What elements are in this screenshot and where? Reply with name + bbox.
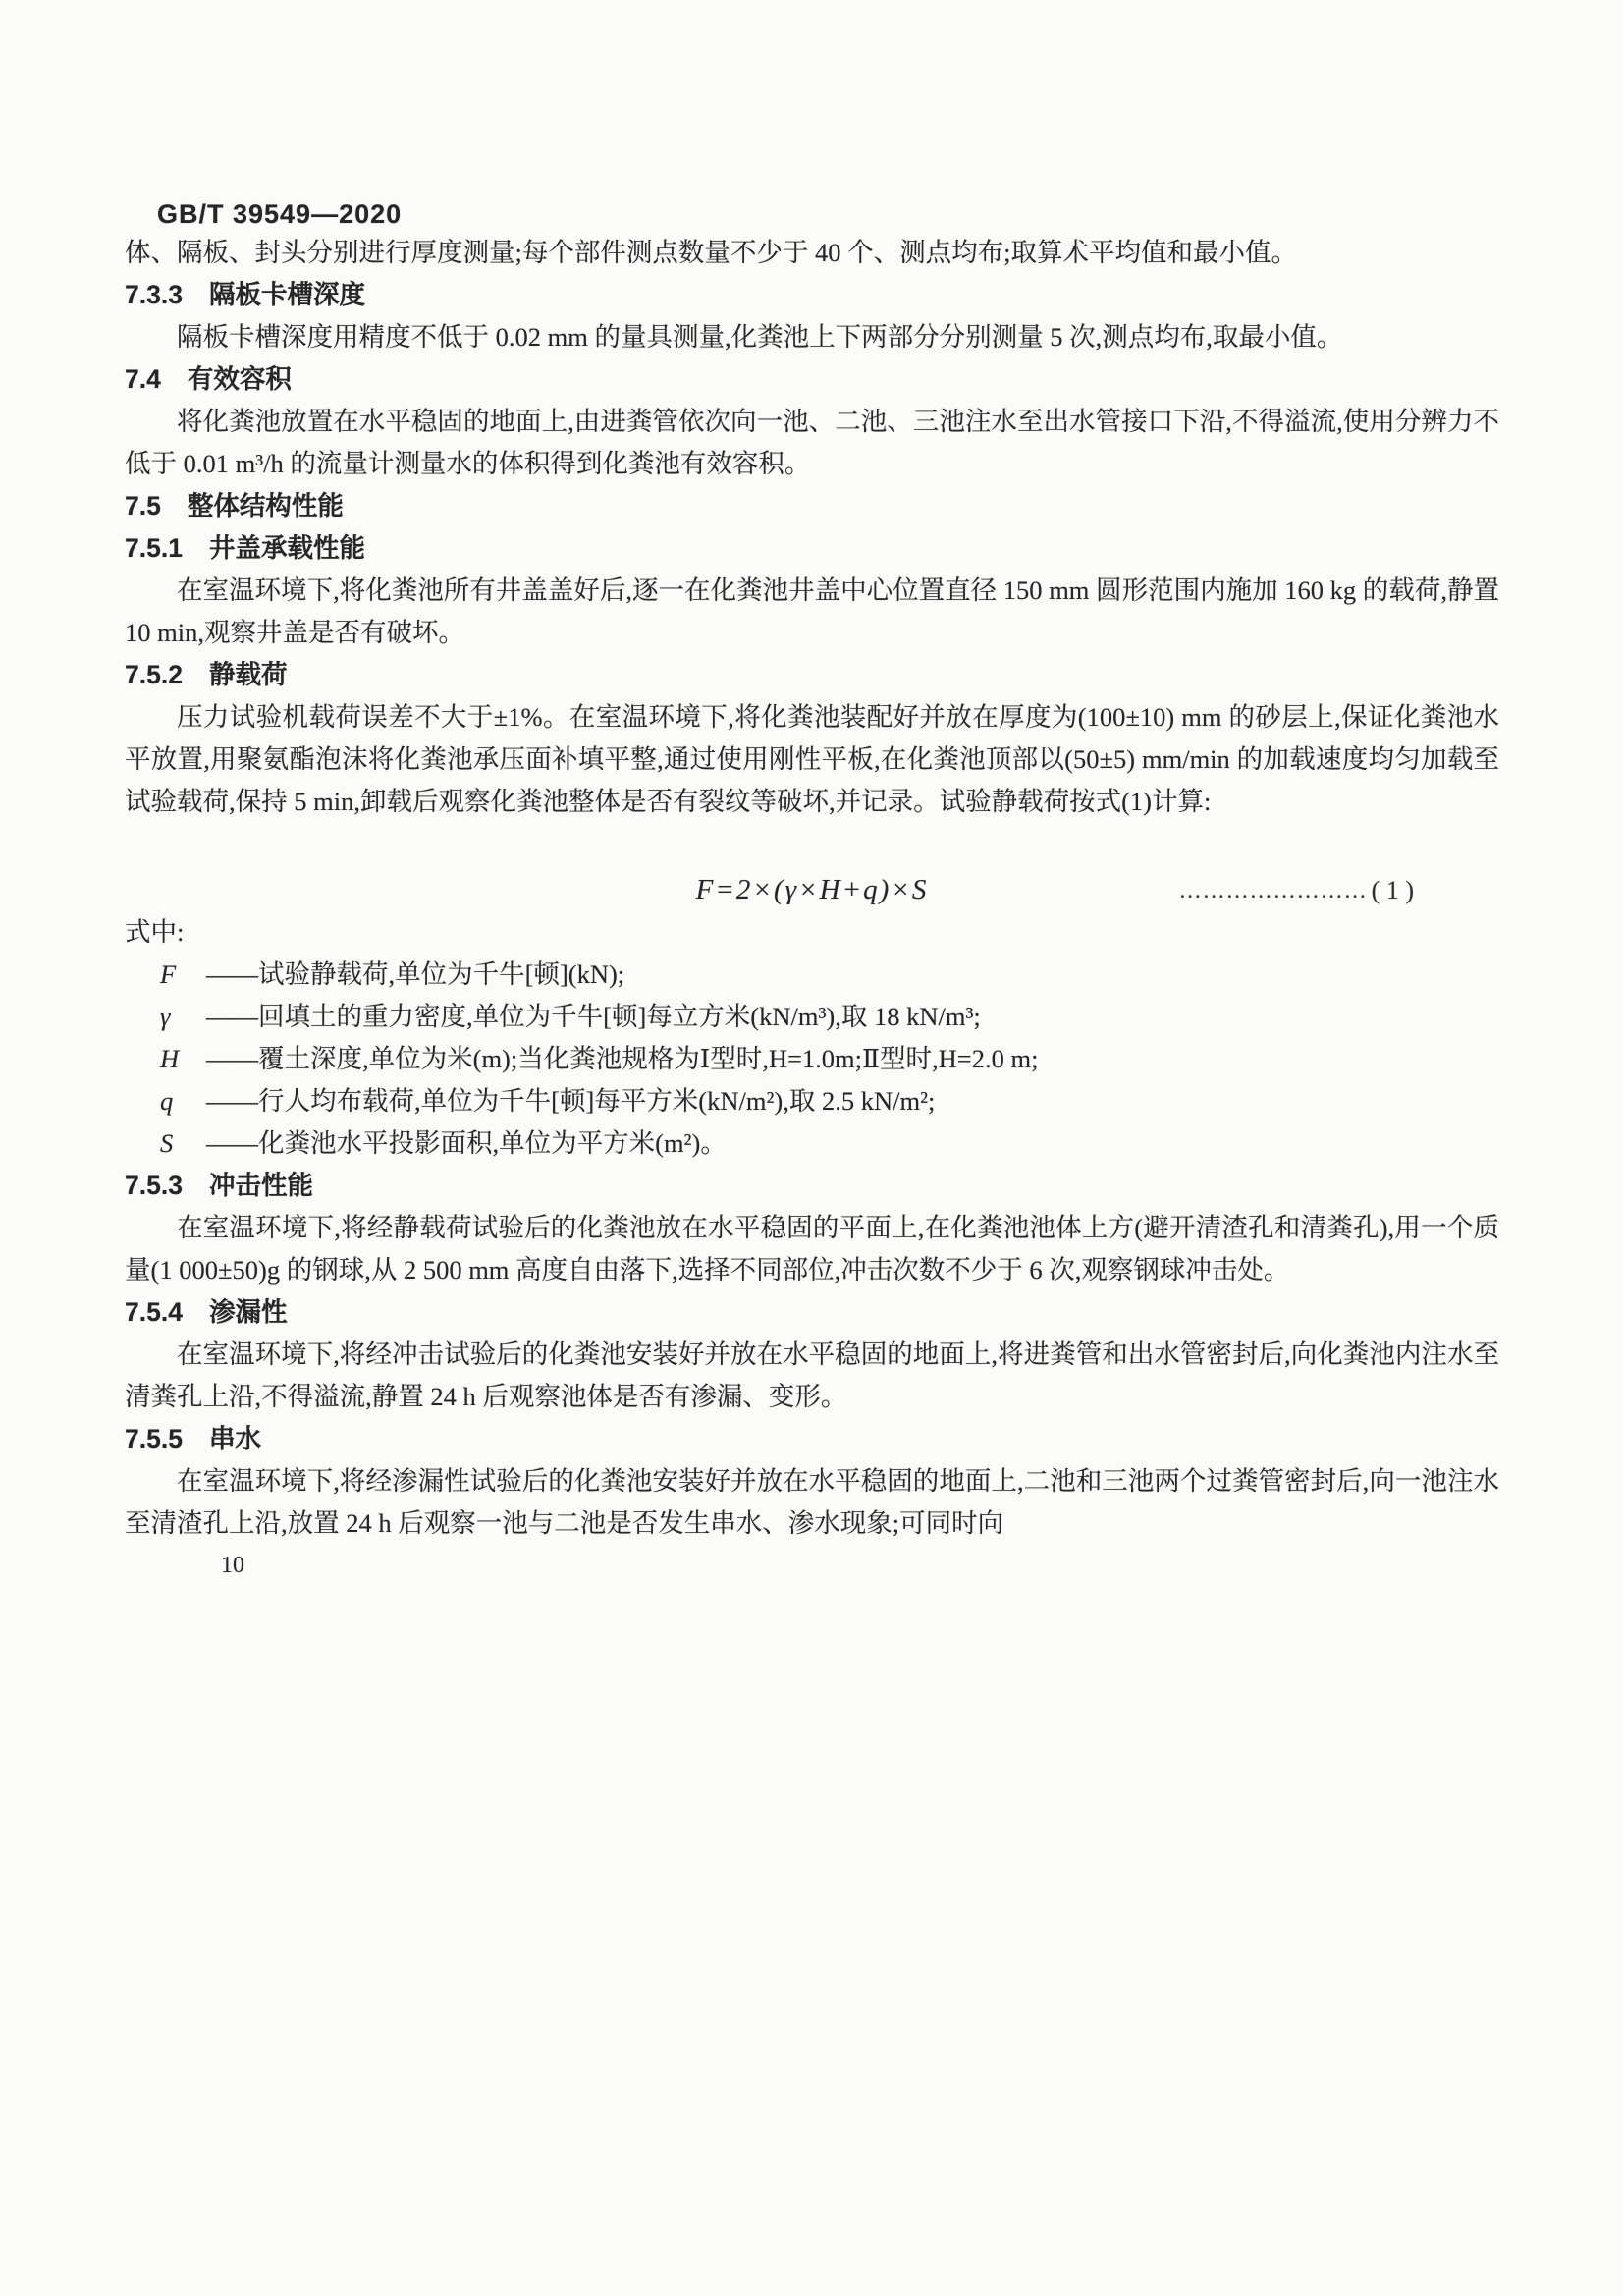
paragraph-7-4: 将化粪池放置在水平稳固的地面上,由进粪管依次向一池、二池、三池注水至出水管接口下… <box>125 401 1499 485</box>
symbol-gamma: γ <box>160 996 206 1038</box>
heading-7-3-3-title: 隔板卡槽深度 <box>209 274 365 316</box>
heading-7-5-2: 7.5.2 静载荷 <box>125 654 1499 696</box>
standard-number: GB/T 39549—2020 <box>157 196 1499 232</box>
heading-7-5-3-number: 7.5.3 <box>125 1165 183 1207</box>
heading-7-5-2-title: 静载荷 <box>209 654 288 696</box>
paragraph-7-3-3: 隔板卡槽深度用精度不低于 0.02 mm 的量具测量,化粪池上下两部分分别测量 … <box>125 316 1499 358</box>
heading-7-5: 7.5 整体结构性能 <box>125 485 1499 527</box>
paragraph-7-5-3: 在室温环境下,将经静载荷试验后的化粪池放在水平稳固的平面上,在化粪池池体上方(避… <box>125 1207 1499 1291</box>
heading-7-5-4-title: 渗漏性 <box>209 1291 288 1334</box>
paragraph-carryover: 体、隔板、封头分别进行厚度测量;每个部件测点数量不少于 40 个、测点均布;取算… <box>125 232 1499 274</box>
heading-7-3-3: 7.3.3 隔板卡槽深度 <box>125 274 1499 316</box>
formula-reference: …………………… ( 1 ) <box>1179 869 1414 911</box>
heading-7-5-3: 7.5.3 冲击性能 <box>125 1165 1499 1207</box>
definition-row-F: F ——试验静载荷,单位为千牛[顿](kN); <box>160 954 1499 996</box>
heading-7-4: 7.4 有效容积 <box>125 358 1499 401</box>
symbol-gamma-description: ——回填土的重力密度,单位为千牛[顿]每立方米(kN/m³),取 18 kN/m… <box>206 996 1499 1038</box>
paragraph-7-5-2: 压力试验机载荷误差不大于±1%。在室温环境下,将化粪池装配好并放在厚度为(100… <box>125 696 1499 823</box>
definition-row-gamma: γ ——回填土的重力密度,单位为千牛[顿]每立方米(kN/m³),取 18 kN… <box>160 996 1499 1038</box>
where-label: 式中: <box>125 911 1499 954</box>
heading-7-5-2-number: 7.5.2 <box>125 654 183 696</box>
symbol-F-description: ——试验静载荷,单位为千牛[顿](kN); <box>206 954 1499 996</box>
symbol-q-description: ——行人均布载荷,单位为千牛[顿]每平方米(kN/m²),取 2.5 kN/m²… <box>206 1080 1499 1122</box>
heading-7-5-4: 7.5.4 渗漏性 <box>125 1291 1499 1334</box>
symbol-F: F <box>160 954 206 996</box>
paragraph-7-5-5: 在室温环境下,将经渗漏性试验后的化粪池安装好并放在水平稳固的地面上,二池和三池两… <box>125 1460 1499 1545</box>
heading-7-5-4-number: 7.5.4 <box>125 1291 183 1334</box>
definition-row-H: H ——覆土深度,单位为米(m);当化粪池规格为Ⅰ型时,H=1.0m;Ⅱ型时,H… <box>160 1038 1499 1080</box>
formula-block: F=2×(γ×H+q)×S …………………… ( 1 ) <box>125 869 1499 911</box>
definition-row-S: S ——化粪池水平投影面积,单位为平方米(m²)。 <box>160 1122 1499 1165</box>
formula-leader-dots: …………………… <box>1179 869 1368 911</box>
heading-7-5-number: 7.5 <box>125 485 161 527</box>
heading-7-5-5-title: 串水 <box>209 1418 261 1460</box>
symbol-S: S <box>160 1122 206 1165</box>
heading-7-5-1-title: 井盖承载性能 <box>209 527 365 570</box>
paragraph-7-5-4: 在室温环境下,将经冲击试验后的化粪池安装好并放在水平稳固的地面上,将进粪管和出水… <box>125 1334 1499 1418</box>
heading-7-3-3-number: 7.3.3 <box>125 274 183 316</box>
definition-row-q: q ——行人均布载荷,单位为千牛[顿]每平方米(kN/m²),取 2.5 kN/… <box>160 1080 1499 1122</box>
symbol-definitions: F ——试验静载荷,单位为千牛[顿](kN); γ ——回填土的重力密度,单位为… <box>125 954 1499 1165</box>
formula-expression: F=2×(γ×H+q)×S <box>696 874 929 905</box>
heading-7-5-3-title: 冲击性能 <box>209 1165 313 1207</box>
symbol-H-description: ——覆土深度,单位为米(m);当化粪池规格为Ⅰ型时,H=1.0m;Ⅱ型时,H=2… <box>206 1038 1499 1080</box>
page-number: 10 <box>221 1545 1499 1587</box>
heading-7-5-title: 整体结构性能 <box>188 485 344 527</box>
heading-7-5-1: 7.5.1 井盖承载性能 <box>125 527 1499 570</box>
document-page: GB/T 39549—2020 体、隔板、封头分别进行厚度测量;每个部件测点数量… <box>0 0 1623 2296</box>
symbol-H: H <box>160 1038 206 1080</box>
heading-7-4-number: 7.4 <box>125 358 161 401</box>
heading-7-5-1-number: 7.5.1 <box>125 527 183 570</box>
symbol-S-description: ——化粪池水平投影面积,单位为平方米(m²)。 <box>206 1122 1499 1165</box>
paragraph-7-5-1: 在室温环境下,将化粪池所有井盖盖好后,逐一在化粪池井盖中心位置直径 150 mm… <box>125 570 1499 654</box>
formula-number: ( 1 ) <box>1372 869 1414 911</box>
heading-7-5-5: 7.5.5 串水 <box>125 1418 1499 1460</box>
symbol-q: q <box>160 1080 206 1122</box>
heading-7-5-5-number: 7.5.5 <box>125 1418 183 1460</box>
heading-7-4-title: 有效容积 <box>188 358 292 401</box>
